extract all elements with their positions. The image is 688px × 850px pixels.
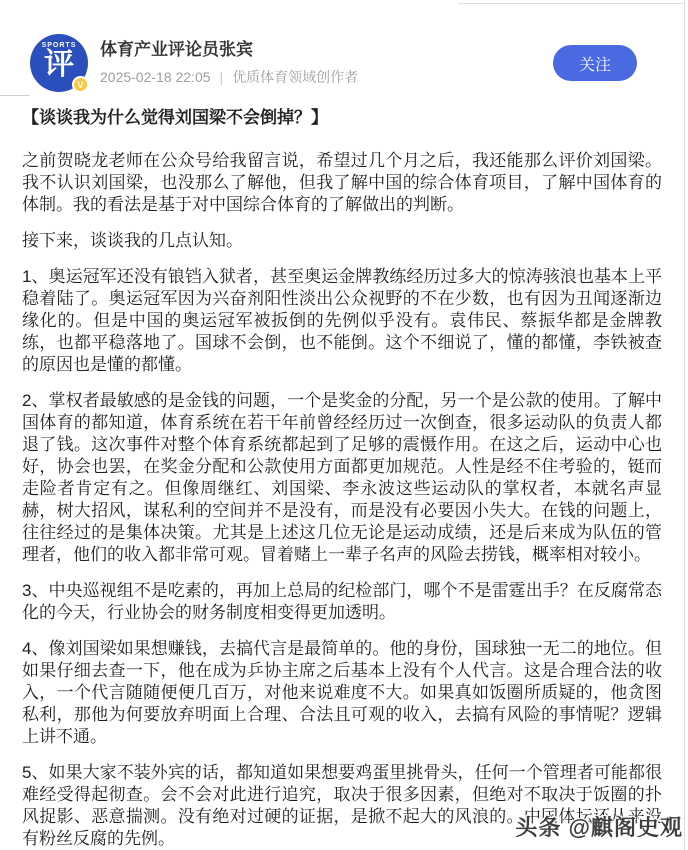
article-paragraph: 2、掌权者最敏感的是金钱的问题，一个是奖金的分配，另一个是公款的使用。了解中国体… [22,390,662,566]
screenshot-artifact-line [0,95,30,96]
author-avatar[interactable]: SPORTS 评 V [30,34,88,92]
author-meta: 2025-02-18 22:05 | 优质体育领域创作者 [100,67,553,87]
article-paragraph: 1、奥运冠军还没有锒铛入狱者，甚至奥运金牌教练经历过多大的惊涛骇浪也基本上平稳着… [22,266,662,376]
article-paragraph: 4、像刘国梁如果想赚钱，去搞代言是最简单的。他的身份，国球独一无二的地位。但如果… [22,638,662,748]
article-title: 【谈谈我为什么觉得刘国梁不会倒掉？】 [22,106,662,130]
screenshot-edge-line-right [684,0,685,850]
author-info: 体育产业评论员张宾 2025-02-18 22:05 | 优质体育领域创作者 [100,40,553,87]
article-paragraph: 3、中央巡视组不是吃素的，再加上总局的纪检部门，哪个不是雷霆出手？在反腐常态化的… [22,580,662,624]
author-name[interactable]: 体育产业评论员张宾 [100,40,553,60]
article-paragraph: 接下来，谈谈我的几点认知。 [22,230,662,252]
article-paragraph: 之前贺晓龙老师在公众号给我留言说，希望过几个月之后，我还能那么评价刘国梁。我不认… [22,150,662,216]
article-body: 【谈谈我为什么觉得刘国梁不会倒掉？】 之前贺晓龙老师在公众号给我留言说，希望过几… [0,92,688,850]
toutiao-watermark: 头条 @麒阁史观 [515,811,683,842]
creator-badge: 优质体育领域创作者 [232,67,358,87]
post-header: SPORTS 评 V 体育产业评论员张宾 2025-02-18 22:05 | … [0,0,688,92]
article-paragraphs: 之前贺晓龙老师在公众号给我留言说，希望过几个月之后，我还能那么评价刘国梁。我不认… [22,150,662,850]
meta-separator: | [220,69,224,85]
verified-badge-icon: V [72,76,89,93]
follow-button[interactable]: 关注 [553,45,637,81]
screenshot-edge-line-top [458,3,683,4]
post-timestamp: 2025-02-18 22:05 [100,69,211,85]
